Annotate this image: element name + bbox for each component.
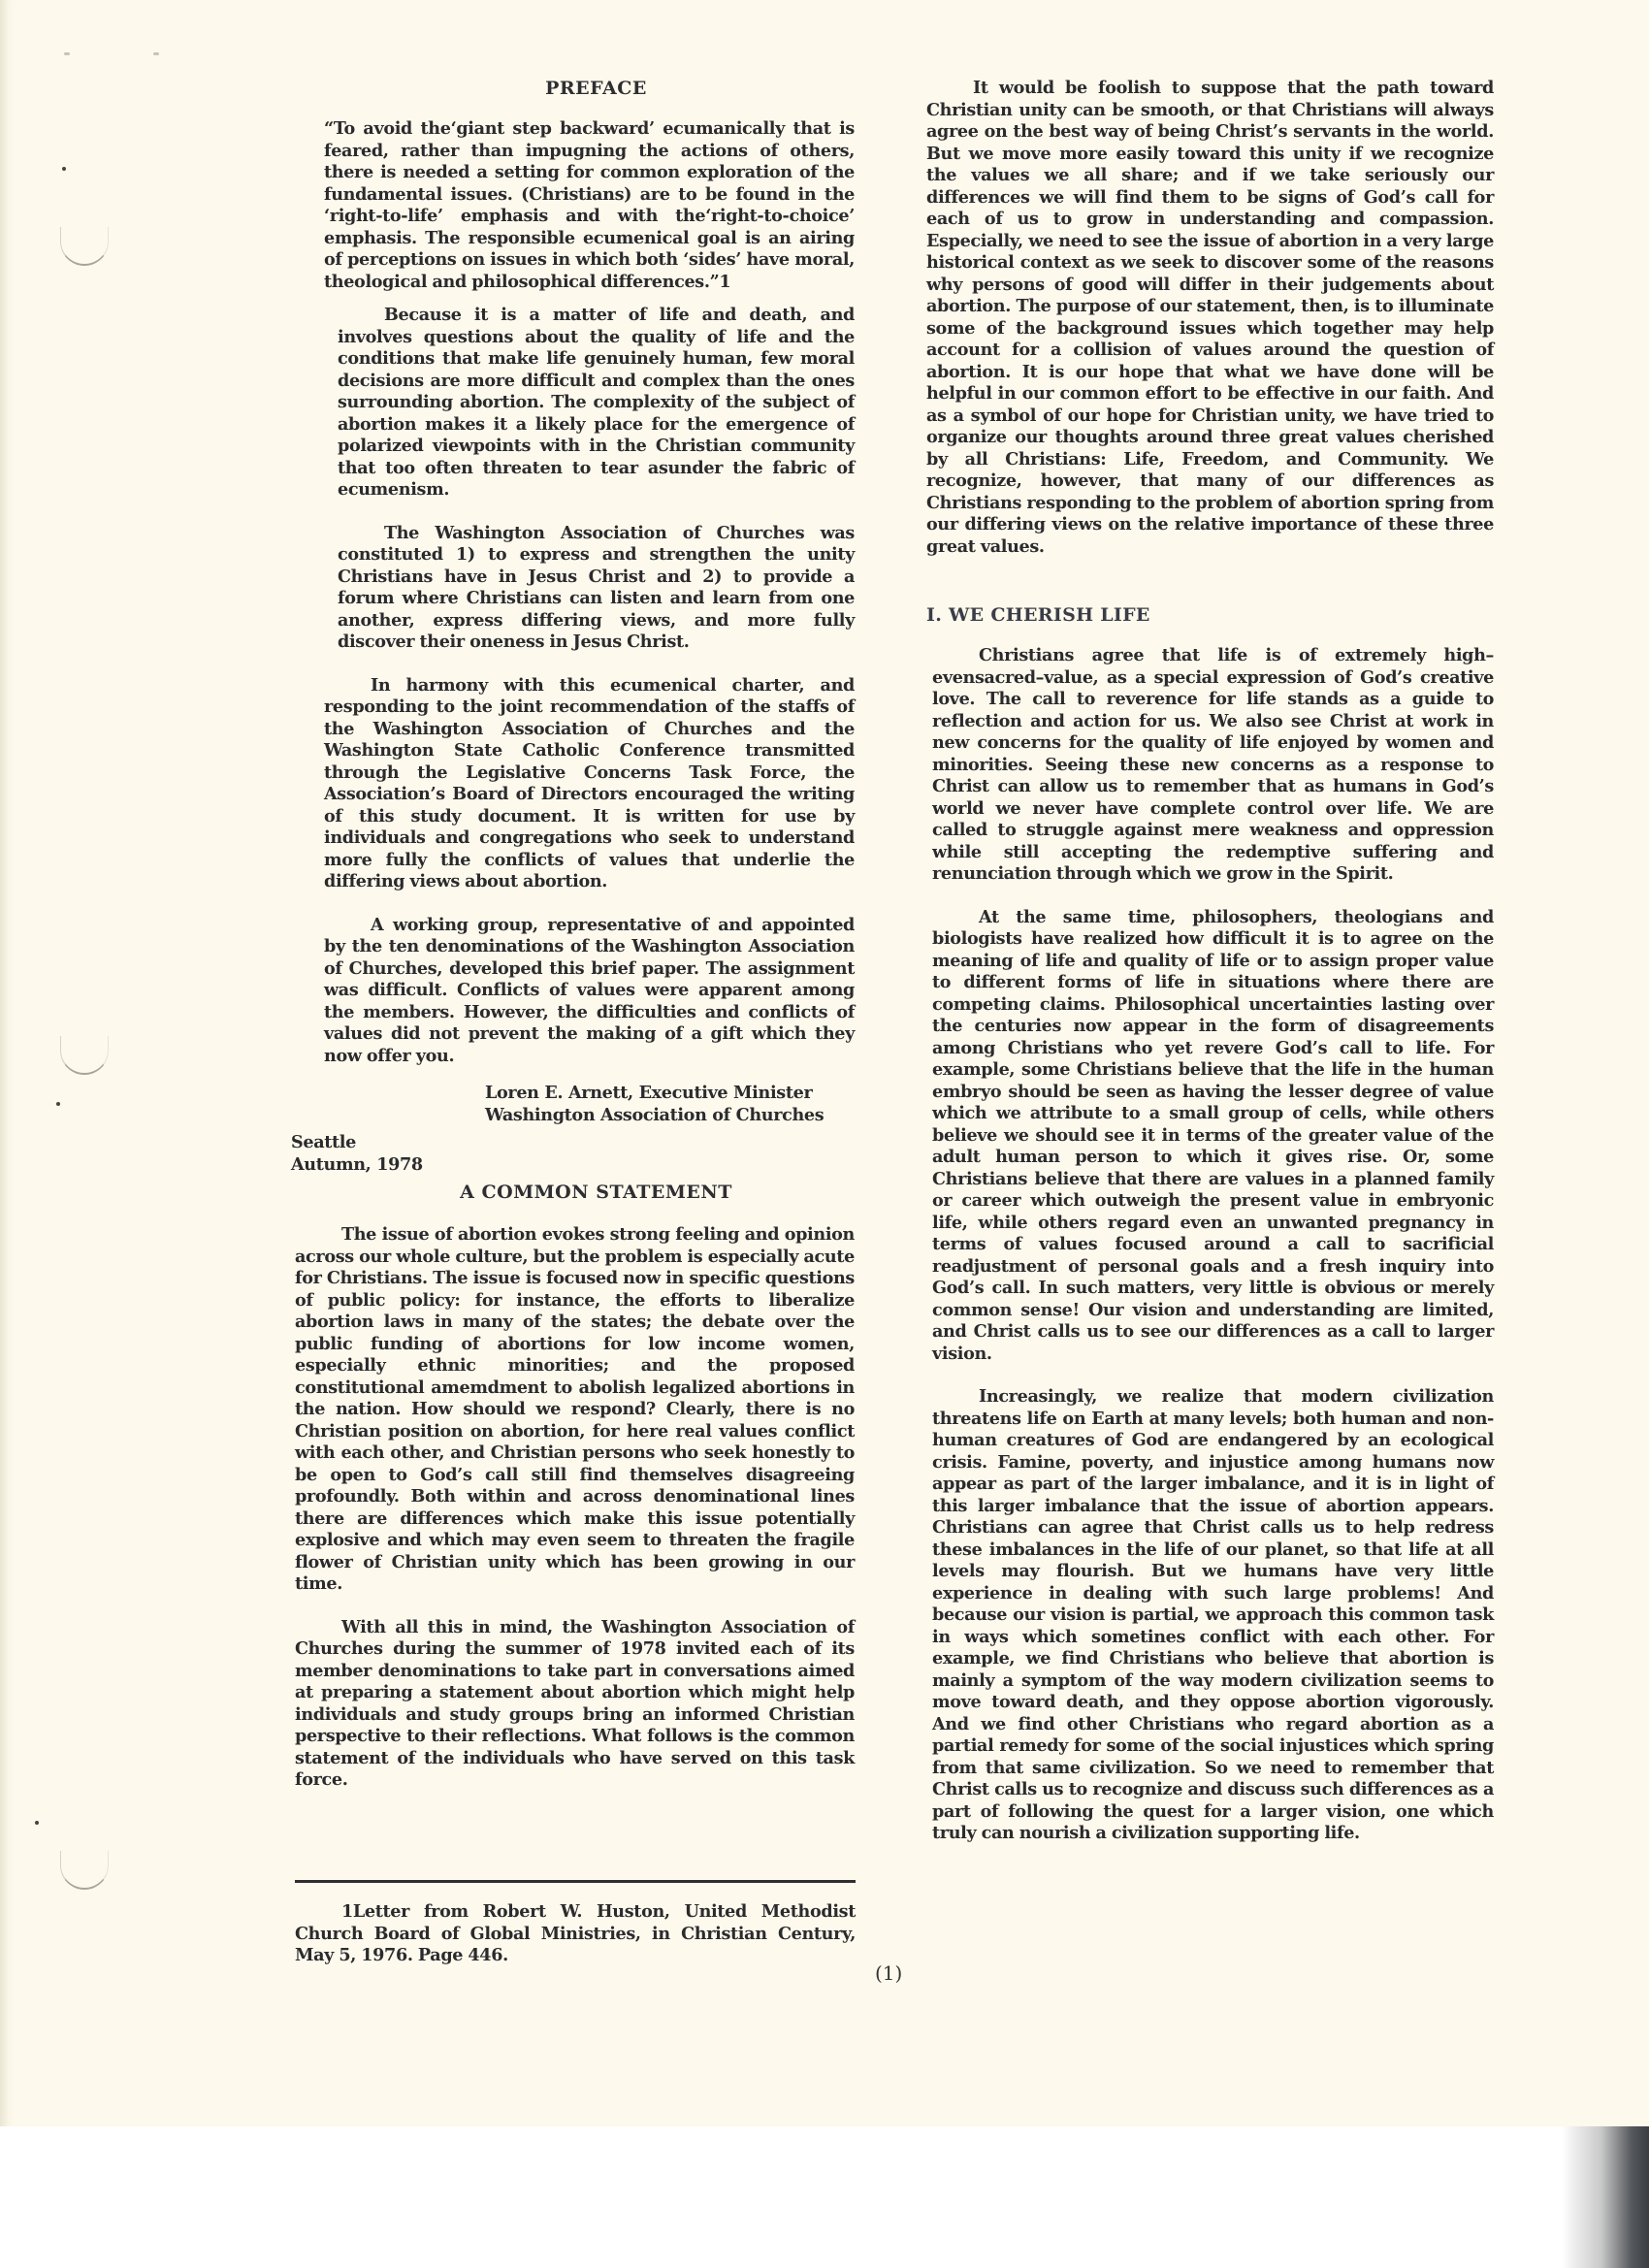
section-heading-life: I. WE CHERISH LIFE <box>926 604 1494 626</box>
statement-paragraph: It would be foolish to suppose that the … <box>926 78 1494 558</box>
place: Seattle <box>291 1132 855 1154</box>
footnote-divider <box>295 1880 856 1883</box>
left-column: PREFACE “To avoid the‘giant step backwar… <box>338 78 855 1792</box>
right-column: It would be foolish to suppose that the … <box>926 78 1494 1845</box>
scan-speck <box>35 1821 39 1825</box>
punch-hole-top <box>60 227 109 266</box>
scanned-page: PREFACE “To avoid the‘giant step backwar… <box>0 0 1649 2126</box>
footnote: 1Letter from Robert W. Huston, United Me… <box>295 1901 856 1967</box>
scanner-edge-shadow <box>1562 2126 1649 2268</box>
scan-mark <box>153 52 159 55</box>
section-paragraph: Increasingly, we realize that modern civ… <box>932 1386 1494 1845</box>
preface-paragraph: Because it is a matter of life and death… <box>338 305 855 502</box>
statement-paragraph: With all this in mind, the Washington As… <box>295 1617 855 1792</box>
scan-speck <box>62 167 66 171</box>
common-statement-heading: A COMMON STATEMENT <box>338 1182 855 1203</box>
scan-mark <box>64 52 70 55</box>
scan-speck <box>56 1102 60 1106</box>
dateline: Seattle Autumn, 1978 <box>291 1132 855 1176</box>
signature-name: Loren E. Arnett, Executive Minister <box>485 1083 855 1105</box>
punch-hole-middle <box>60 1036 109 1075</box>
preface-paragraph: A working group, representative of and a… <box>324 915 855 1068</box>
preface-quote: “To avoid the‘giant step backward’ ecuma… <box>324 118 855 293</box>
signature-block: Loren E. Arnett, Executive Minister Wash… <box>485 1083 855 1126</box>
section-paragraph: At the same time, philosophers, theologi… <box>932 907 1494 1366</box>
statement-paragraph: The issue of abortion evokes strong feel… <box>295 1224 855 1596</box>
punch-hole-bottom <box>60 1851 109 1890</box>
section-paragraph: Christians agree that life is of extreme… <box>932 645 1494 886</box>
signature-org: Washington Association of Churches <box>485 1105 855 1127</box>
preface-paragraph: In harmony with this ecumenical charter,… <box>324 675 855 893</box>
date: Autumn, 1978 <box>291 1154 855 1177</box>
page-number: (1) <box>875 1961 902 1985</box>
preface-heading: PREFACE <box>338 78 855 99</box>
preface-paragraph: The Washington Association of Churches w… <box>338 523 855 654</box>
